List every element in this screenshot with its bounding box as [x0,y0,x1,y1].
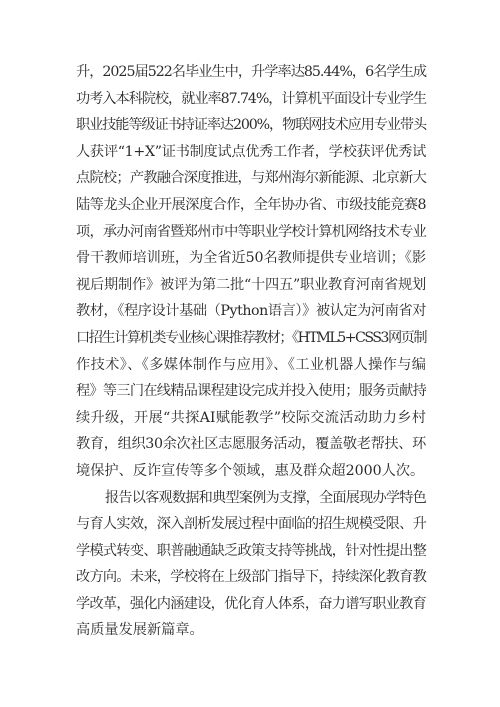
text-line: 人获评“1+X”证书制度试点优秀工作者，学校获评优秀试 [76,139,426,166]
text-line: 作技术》、《多媒体制作与应用》、《工业机器人操作与编 [76,352,426,379]
text-line: 续升级，开展“共探AI赋能教学”校际交流活动助力乡村 [76,405,426,432]
text-line: 与育人实效，深入剖析发展过程中面临的招生规模受限、升 [76,511,426,538]
text-line: 陆等龙头企业开展深度合作，全年协办省、市级技能竞赛8 [76,192,426,219]
text-line: 骨干教师培训班，为全省近50名教师提供专业培训；《影 [76,245,426,272]
text-line: 程》等三门在线精品课程建设完成并投入使用；服务贡献持 [76,378,426,405]
text-line: 教材，《程序设计基础（Python语言）》被认定为河南省对 [76,298,426,325]
text-line: 学改革，强化内涵建设，优化育人体系，奋力谱写职业教育 [76,591,426,618]
text-line: 升，2025届522名毕业生中，升学率达85.44%，6名学生成 [76,59,426,86]
text-line: 报告以客观数据和典型案例为支撑，全面展现办学特色 [76,485,426,512]
text-line: 改方向。未来，学校将在上级部门指导下，持续深化教育教 [76,564,426,591]
text-line: 学模式转变、职普融通缺乏政策支持等挑战，针对性提出整 [76,538,426,565]
text-line: 教育，组织30余次社区志愿服务活动，覆盖敬老帮扶、环 [76,431,426,458]
paragraph-summary: 报告以客观数据和典型案例为支撑，全面展现办学特色 与育人实效，深入剖析发展过程中… [76,485,426,645]
text-line: 功考入本科院校，就业率87.74%，计算机平面设计专业学生 [76,86,426,113]
text-line: 境保护、反诈宣传等多个领域，惠及群众超2000人次。 [76,458,426,485]
text-line: 高质量发展新篇章。 [76,617,426,644]
text-line: 点院校；产教融合深度推进，与郑州海尔新能源、北京新大 [76,165,426,192]
text-line: 视后期制作》被评为第二批“十四五”职业教育河南省规划 [76,272,426,299]
text-line: 项，承办河南省暨郑州市中等职业学校计算机网络技术专业 [76,219,426,246]
text-line: 职业技能等级证书持证率达200%，物联网技术应用专业带头 [76,112,426,139]
text-line: 口招生计算机类专业核心课推荐教材；《HTML5+CSS3网页制 [76,325,426,352]
paragraph-results: 升，2025届522名毕业生中，升学率达85.44%，6名学生成 功考入本科院校… [76,59,426,485]
document-page: 升，2025届522名毕业生中，升学率达85.44%，6名学生成 功考入本科院校… [76,59,426,644]
